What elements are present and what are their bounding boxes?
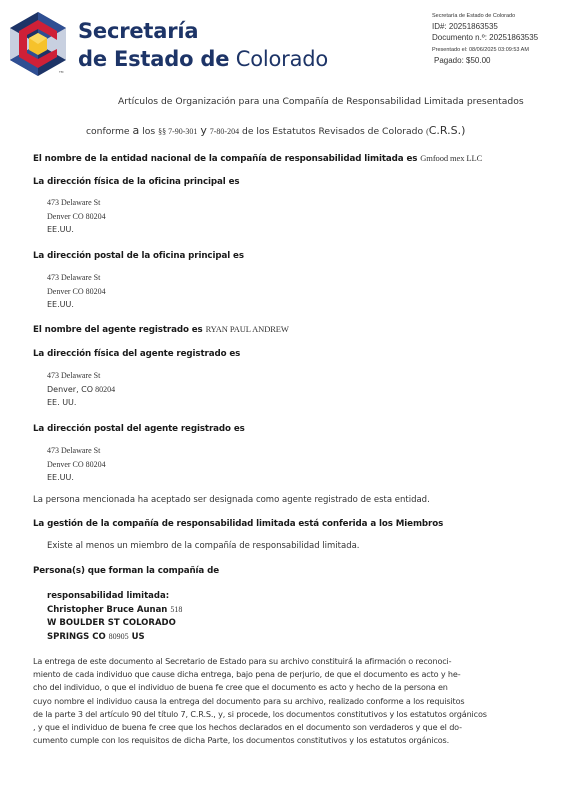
filing-id: ID#: 20251863535 [432, 21, 538, 32]
brand-line-1: Secretaría [78, 18, 328, 45]
svg-text:TM: TM [58, 70, 64, 74]
organizers-label: Persona(s) que forman la compañía de [33, 566, 219, 576]
organizer-name: Christopher Bruce Aunan [47, 605, 167, 615]
agent-name: RYAN PAUL ANDREW [206, 324, 289, 334]
colorado-sos-logo-icon: TM [9, 11, 67, 77]
office-name: Secretaría de Estado de Colorado [432, 12, 538, 21]
management-label: La gestión de la compañía de responsabil… [33, 519, 443, 529]
agent-consent-text: La persona mencionada ha aceptado ser de… [33, 495, 430, 505]
document-header: TM Secretaría de Estado de Colorado Secr… [0, 0, 570, 90]
entity-name: Gmfood mex LLC [420, 153, 482, 163]
principal-mailing-label: La dirección postal de la oficina princi… [33, 251, 244, 261]
organizer-details: responsabilidad limitada: Christopher Br… [47, 590, 182, 644]
agent-physical-label: La dirección física del agente registrad… [33, 349, 240, 359]
principal-physical-label: La dirección física de la oficina princi… [33, 177, 239, 187]
agent-name-row: El nombre del agente registrado es RYAN … [33, 324, 289, 335]
filed-timestamp: Presentado el: 08/06/2025 03:09:53 AM [432, 46, 538, 55]
brand-line-2: de Estado de Colorado [78, 45, 328, 74]
document-title-line-1: Artículos de Organización para una Compa… [0, 96, 570, 107]
agent-mailing-address: 473 Delaware St Denver CO 80204 EE.UU. [33, 444, 106, 485]
management-note: Existe al menos un miembro de la compañí… [47, 541, 360, 551]
document-title-line-2: conforme a los §§ 7-90-301 y 7-80-204 de… [0, 124, 570, 137]
paid-amount: Pagado: $50.00 [432, 55, 538, 66]
filing-meta: Secretaría de Estado de Colorado ID#: 20… [432, 12, 538, 66]
principal-physical-address: 473 Delaware St Denver CO 80204 EE.UU. [33, 196, 106, 237]
agent-mailing-label: La dirección postal del agente registrad… [33, 424, 245, 434]
legal-affirmation: La entrega de este documento al Secretar… [33, 655, 553, 747]
agent-physical-address: 473 Delaware St Denver, CO 80204 EE. UU. [33, 369, 115, 410]
entity-name-row: El nombre de la entidad nacional de la c… [33, 153, 482, 164]
brand-title: Secretaría de Estado de Colorado [78, 18, 328, 74]
principal-mailing-address: 473 Delaware St Denver CO 80204 EE.UU. [33, 271, 106, 312]
document-number: Documento n.º: 20251863535 [432, 32, 538, 43]
